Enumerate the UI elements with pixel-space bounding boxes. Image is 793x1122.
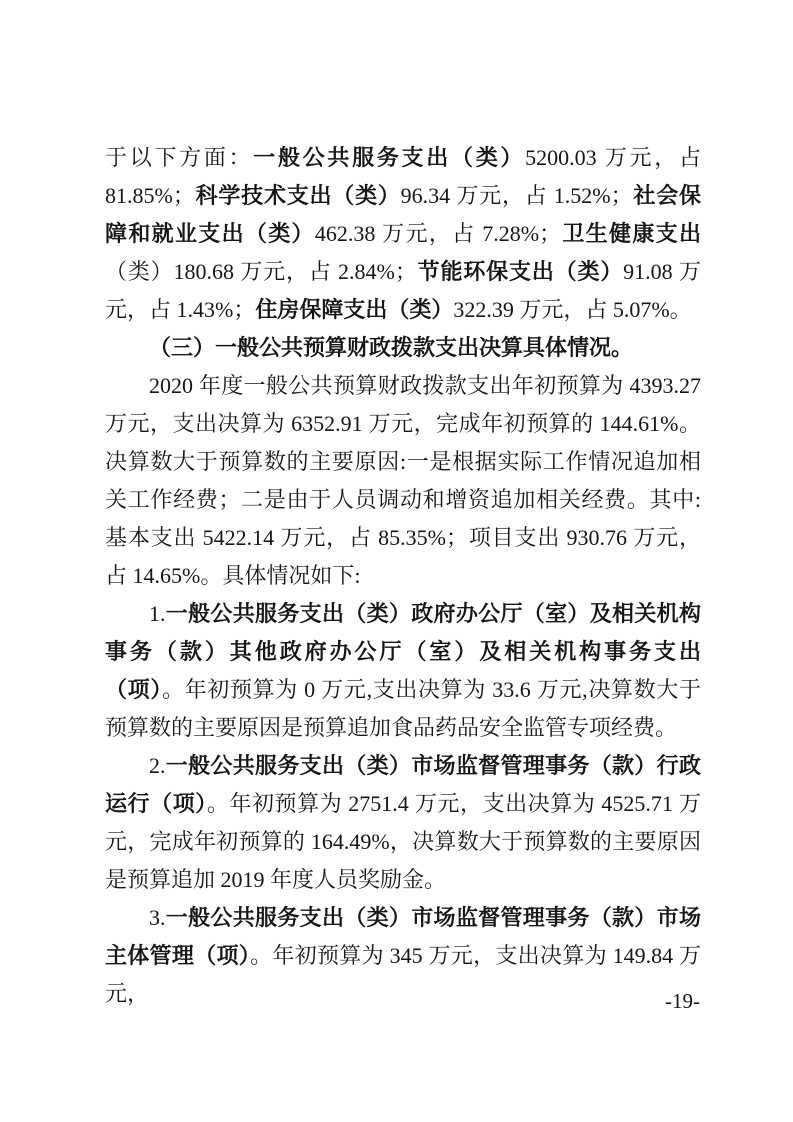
paragraph-item-2: 2.一般公共服务支出（类）市场监督管理事务（款）行政运行（项）。年初预算为 27…	[105, 747, 701, 899]
text-run-bold: 卫生健康支出	[561, 221, 701, 246]
text-run: 462.38 万元，占 7.28%；	[315, 221, 561, 246]
paragraph-overview: 2020 年度一般公共预算财政拨款支出年初预算为 4393.27 万元，支出决算…	[105, 367, 701, 595]
text-run: 96.34 万元，占 1.52%；	[401, 183, 633, 208]
document-page: 于以下方面：一般公共服务支出（类）5200.03 万元，占 81.85%；科学技…	[0, 0, 793, 1122]
item-number: 2.	[149, 753, 166, 778]
text-run: （类）180.68 万元，占 2.84%；	[105, 259, 417, 284]
text-run-bold: 一般公共服务支出（类）	[253, 145, 525, 170]
item-number: 3.	[149, 905, 166, 930]
document-body: 于以下方面：一般公共服务支出（类）5200.03 万元，占 81.85%；科学技…	[105, 139, 701, 1013]
section-heading-3: （三）一般公共预算财政拨款支出决算具体情况。	[105, 329, 701, 367]
heading-text: （三）一般公共预算财政拨款支出决算具体情况。	[149, 335, 633, 360]
paragraph-item-1: 1.一般公共服务支出（类）政府办公厅（室）及相关机构事务（款）其他政府办公厅（室…	[105, 595, 701, 747]
paragraph-item-3: 3.一般公共服务支出（类）市场监督管理事务（款）市场主体管理（项）。年初预算为 …	[105, 899, 701, 1013]
text-run: 。年初预算为 0 万元,支出决算为 33.6 万元,决算数大于预算数的主要原因是…	[105, 677, 701, 740]
text-run: 322.39 万元，占 5.07%。	[453, 297, 691, 322]
text-run-bold: 节能环保支出（类）	[417, 259, 623, 284]
text-run: 于以下方面：	[105, 145, 253, 170]
text-run-bold: 住房保障支出（类）	[255, 297, 453, 322]
text-run: 2020 年度一般公共预算财政拨款支出年初预算为 4393.27 万元，支出决算…	[105, 373, 701, 588]
item-number: 1.	[149, 601, 166, 626]
paragraph-expenditure-composition: 于以下方面：一般公共服务支出（类）5200.03 万元，占 81.85%；科学技…	[105, 139, 701, 329]
text-run-bold: 科学技术支出（类）	[195, 183, 401, 208]
page-number: -19-	[665, 986, 700, 1016]
